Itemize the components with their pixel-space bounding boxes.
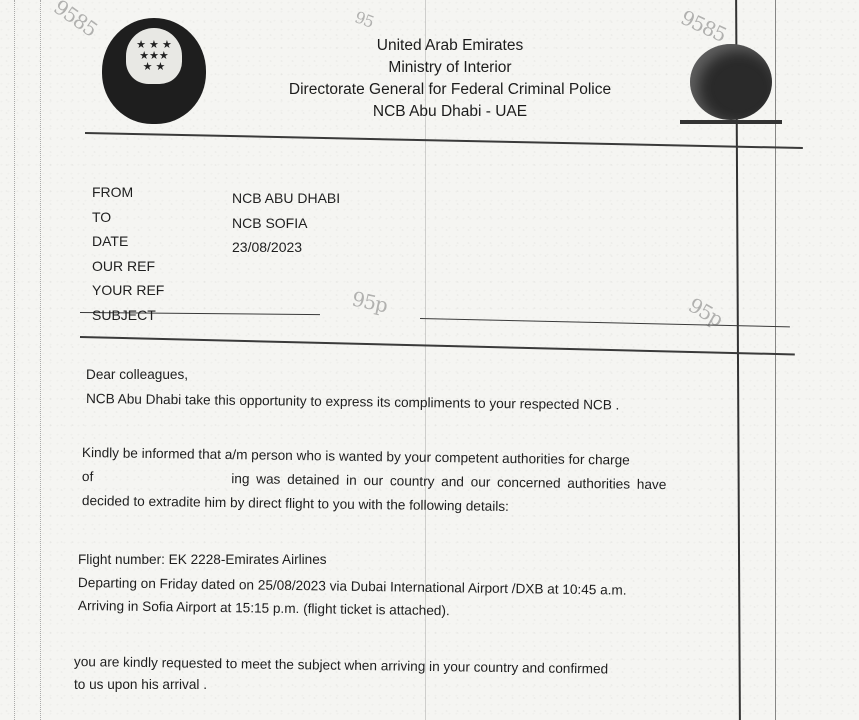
field-labels: FROM TO DATE OUR REF YOUR REF SUBJECT bbox=[92, 180, 164, 327]
label-from: FROM bbox=[92, 180, 164, 205]
label-our-ref: OUR REF bbox=[92, 254, 164, 279]
watermark-stamp: 9585 bbox=[49, 0, 101, 41]
request-line: you are kindly requested to meet the sub… bbox=[74, 654, 608, 676]
scan-artifact-line bbox=[40, 0, 42, 720]
arrival-details: Arriving in Sofia Airport at 15:15 p.m. … bbox=[78, 598, 450, 618]
value-to: NCB SOFIA bbox=[232, 211, 340, 236]
emblem-base bbox=[680, 120, 782, 124]
paragraph-line: ofing was detained in our country and ou… bbox=[82, 469, 667, 492]
value-from: NCB ABU DHABI bbox=[232, 186, 340, 211]
label-date: DATE bbox=[92, 229, 164, 254]
field-divider bbox=[420, 318, 790, 327]
fields-divider bbox=[80, 336, 795, 355]
emblem-inner: ★ ★ ★★★★★ ★ bbox=[126, 28, 182, 84]
request-line: to us upon his arrival . bbox=[74, 677, 207, 692]
letterhead-ministry: Ministry of Interior bbox=[240, 57, 660, 79]
scan-artifact-line bbox=[14, 0, 16, 720]
intro-paragraph: NCB Abu Dhabi take this opportunity to e… bbox=[86, 391, 620, 413]
scan-artifact-line bbox=[775, 0, 776, 720]
uae-emblem: ★ ★ ★★★★★ ★ bbox=[102, 18, 206, 124]
letterhead: United Arab Emirates Ministry of Interio… bbox=[240, 35, 660, 123]
flight-number: Flight number: EK 2228-Emirates Airlines bbox=[78, 552, 327, 567]
stars-icon: ★ ★ ★★★★★ ★ bbox=[126, 40, 182, 73]
letterhead-directorate: Directorate General for Federal Criminal… bbox=[240, 79, 660, 101]
departure-details: Departing on Friday dated on 25/08/2023 … bbox=[78, 575, 627, 598]
field-values: NCB ABU DHABI NCB SOFIA 23/08/2023 bbox=[232, 186, 340, 260]
salutation: Dear colleagues, bbox=[86, 367, 188, 382]
paragraph-line: Kindly be informed that a/m person who i… bbox=[82, 445, 630, 468]
paragraph-text: ing was detained in our country and our … bbox=[231, 471, 666, 492]
watermark-stamp: 95p bbox=[350, 287, 389, 318]
letterhead-ncb: NCB Abu Dhabi - UAE bbox=[240, 101, 660, 123]
value-date: 23/08/2023 bbox=[232, 235, 340, 260]
label-subject: SUBJECT bbox=[92, 303, 164, 328]
scanned-letter-page: 9585 9585 95p 95p 95 ★ ★ ★★★★★ ★ United … bbox=[0, 0, 859, 720]
watermark-stamp: 9585 bbox=[677, 5, 730, 47]
paragraph-line: decided to extradite him by direct fligh… bbox=[82, 493, 509, 514]
watermark-stamp: 95 bbox=[352, 7, 376, 31]
header-divider bbox=[85, 132, 803, 149]
redacted-text bbox=[93, 481, 231, 483]
letterhead-country: United Arab Emirates bbox=[240, 35, 660, 57]
interpol-emblem bbox=[690, 44, 772, 120]
label-to: TO bbox=[92, 205, 164, 230]
label-your-ref: YOUR REF bbox=[92, 278, 164, 303]
paragraph-text: of bbox=[82, 469, 94, 484]
